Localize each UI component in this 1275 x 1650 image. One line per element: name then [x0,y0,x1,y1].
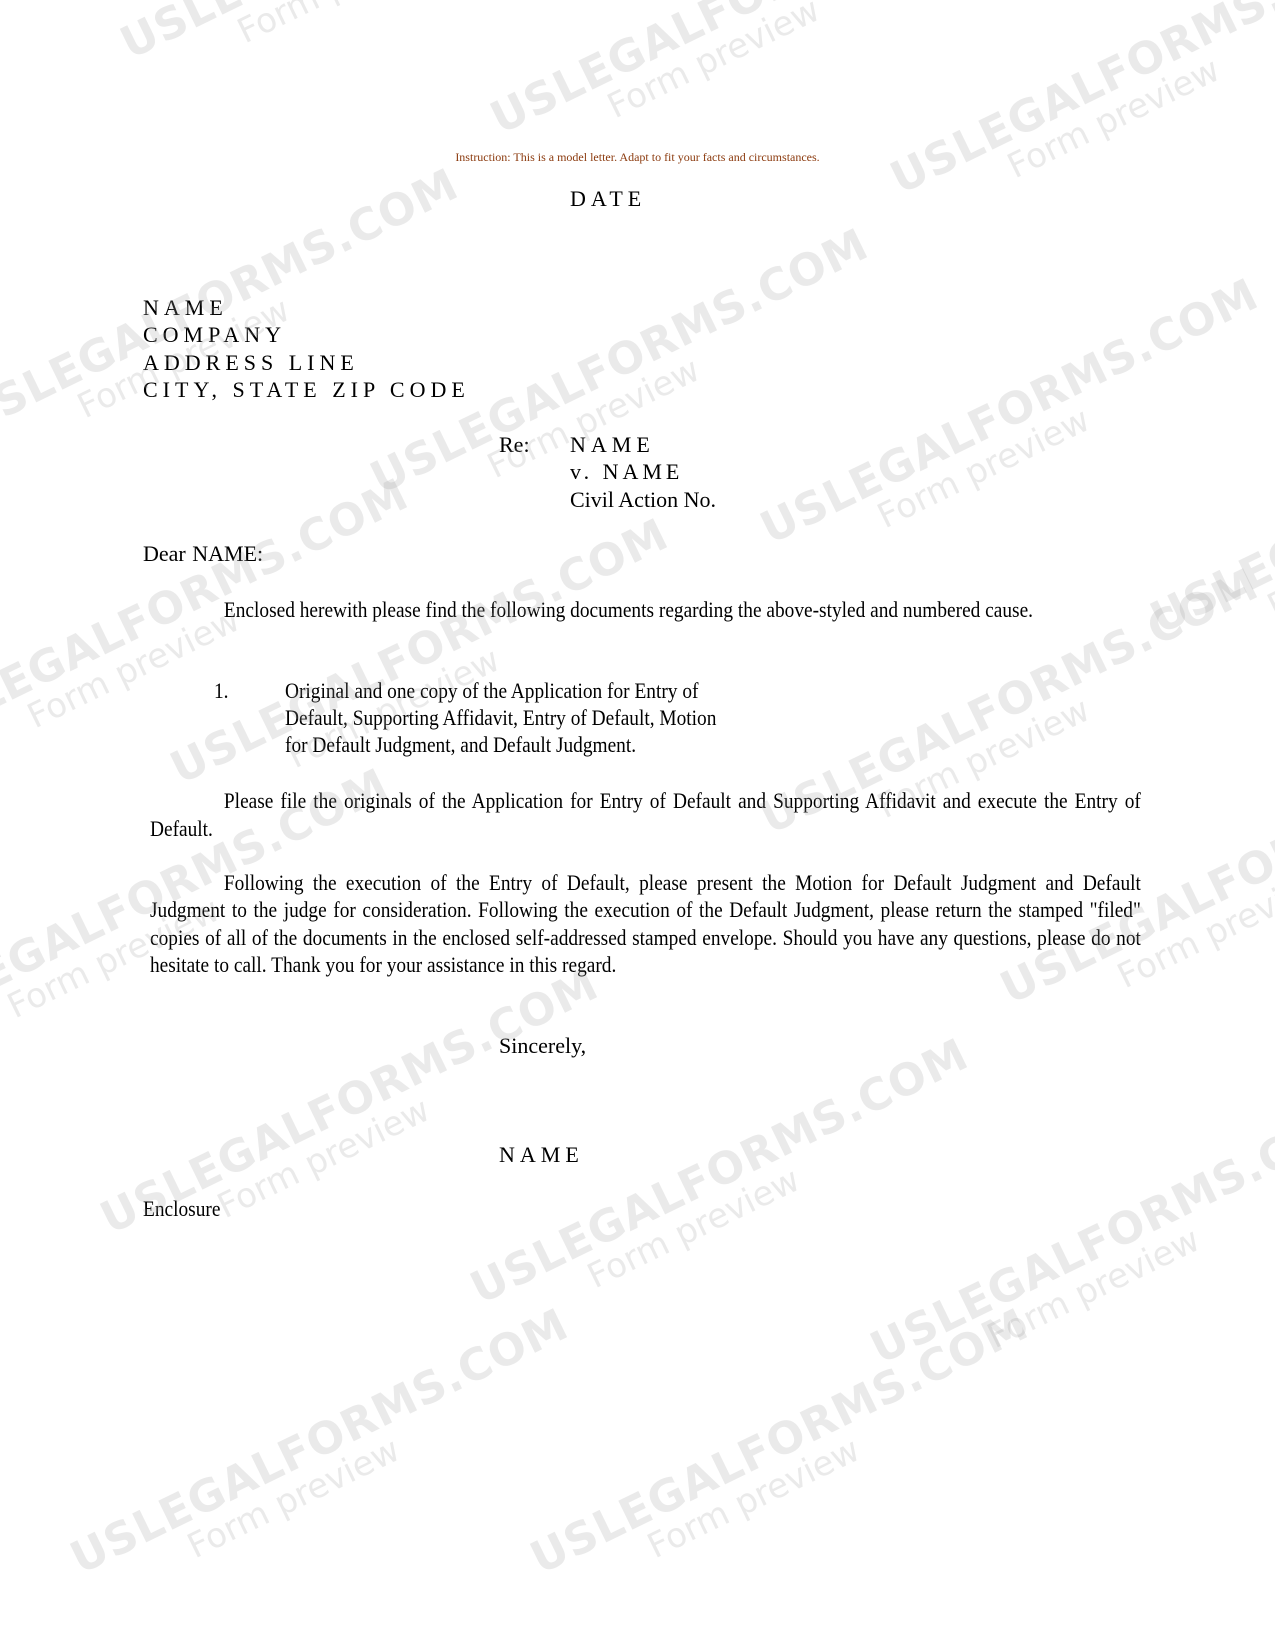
closing: Sincerely, [499,1033,586,1059]
signature-name: NAME [499,1142,584,1168]
re-plaintiff: NAME [570,432,655,458]
list-item-line: Default, Supporting Affidavit, Entry of … [285,705,716,731]
recipient-city-state-zip: CITY, STATE ZIP CODE [143,377,470,403]
list-item-line: for Default Judgment, and Default Judgme… [285,732,636,758]
paragraph-following-execution-text: Following the execution of the Entry of … [150,870,1141,977]
paragraph-file-originals-text: Please file the originals of the Applica… [150,788,1141,841]
list-item-line: Original and one copy of the Application… [285,678,698,704]
re-versus: v. NAME [570,459,683,485]
date-placeholder: DATE [570,186,646,212]
paragraph-enclosed-text: Enclosed herewith please find the follow… [224,597,1033,622]
paragraph-following-execution: Following the execution of the Entry of … [150,869,1141,979]
paragraph-enclosed: Enclosed herewith please find the follow… [150,596,1141,624]
paragraph-file-originals: Please file the originals of the Applica… [150,787,1141,843]
salutation-text: Dear NAME: [143,541,263,566]
recipient-address-line: ADDRESS LINE [143,350,359,376]
enclosure-notation: Enclosure [143,1196,220,1222]
re-civil-action: Civil Action No. [570,487,716,513]
letter-page: Instruction: This is a model letter. Ada… [0,0,1275,1650]
recipient-company: COMPANY [143,322,286,348]
list-item-number: 1. [214,678,229,704]
instruction-note: Instruction: This is a model letter. Ada… [0,150,1275,165]
salutation: Dear NAME: [143,541,263,567]
recipient-name: NAME [143,295,228,321]
re-label: Re: [499,432,530,458]
